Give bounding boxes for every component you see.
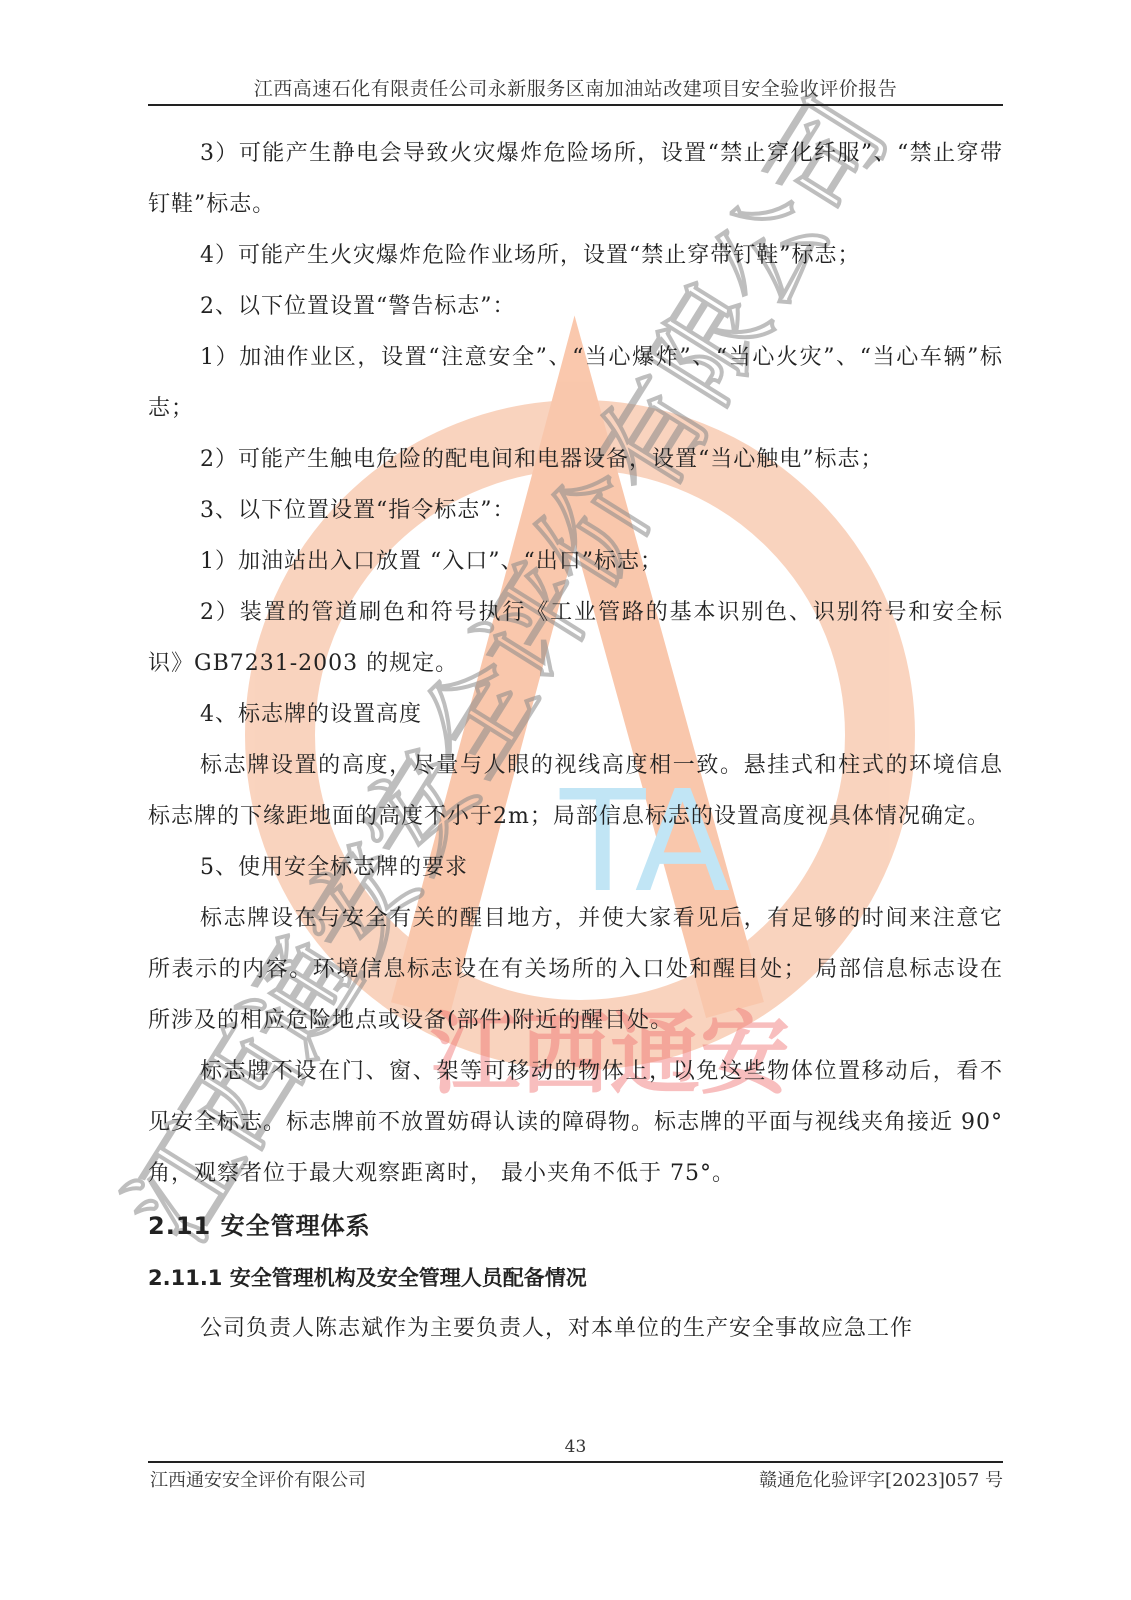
paragraph: 2）可能产生触电危险的配电间和电器设备，设置“当心触电”标志； — [148, 434, 1003, 485]
paragraph: 4）可能产生火灾爆炸危险作业场所，设置“禁止穿带钉鞋”标志； — [148, 230, 1003, 281]
paragraph: 1）加油站出入口放置 “入口”、“出口”标志； — [148, 536, 1003, 587]
page-number: 43 — [148, 1437, 1003, 1457]
footer-company: 江西通安安全评价有限公司 — [150, 1466, 366, 1492]
paragraph: 3）可能产生静电会导致火灾爆炸危险场所，设置“禁止穿化纤服”、“禁止穿带钉鞋”标… — [148, 128, 1003, 230]
page-content: 3）可能产生静电会导致火灾爆炸危险场所，设置“禁止穿化纤服”、“禁止穿带钉鞋”标… — [148, 128, 1003, 1354]
paragraph: 1）加油作业区，设置“注意安全”、“当心爆炸”、“当心火灾”、“当心车辆”标志； — [148, 332, 1003, 434]
paragraph: 标志牌设置的高度，尽量与人眼的视线高度相一致。悬挂式和柱式的环境信息标志牌的下缘… — [148, 740, 1003, 842]
header-divider — [148, 104, 1003, 106]
footer-doc-number: 赣通危化验评字[2023]057 号 — [759, 1466, 1003, 1492]
subsection-heading: 2.11.1 安全管理机构及安全管理人员配备情况 — [148, 1253, 1003, 1303]
paragraph: 标志牌设在与安全有关的醒目地方，并使大家看见后，有足够的时间来注意它所表示的内容… — [148, 893, 1003, 1046]
paragraph: 5、使用安全标志牌的要求 — [148, 842, 1003, 893]
paragraph: 3、以下位置设置“指令标志”： — [148, 485, 1003, 536]
paragraph: 标志牌不设在门、窗、架等可移动的物体上，以免这些物体位置移动后，看不见安全标志。… — [148, 1046, 1003, 1199]
paragraph: 4、标志牌的设置高度 — [148, 689, 1003, 740]
page-header-title: 江西高速石化有限责任公司永新服务区南加油站改建项目安全验收评价报告 — [148, 74, 1003, 101]
section-heading: 2.11 安全管理体系 — [148, 1199, 1003, 1253]
paragraph: 2）装置的管道刷色和符号执行《工业管路的基本识别色、识别符号和安全标识》GB72… — [148, 587, 1003, 689]
paragraph: 2、以下位置设置“警告标志”： — [148, 281, 1003, 332]
paragraph: 公司负责人陈志斌作为主要负责人，对本单位的生产安全事故应急工作 — [148, 1303, 1003, 1354]
footer-divider — [148, 1461, 1003, 1463]
